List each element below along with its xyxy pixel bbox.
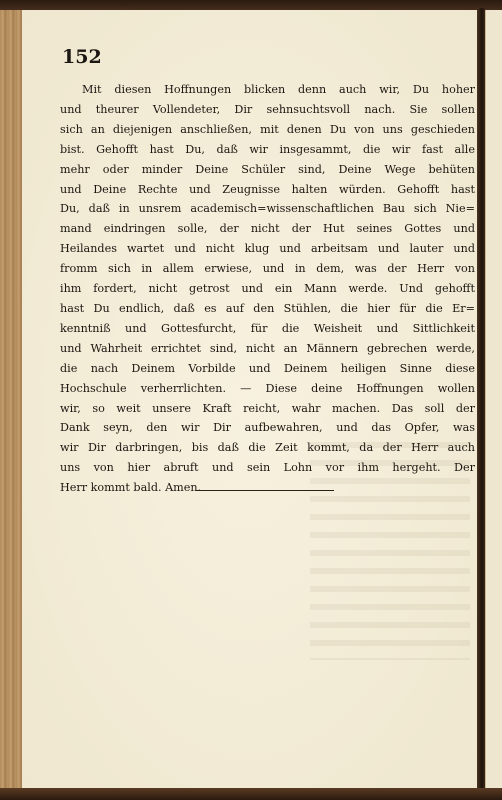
text-line: mand eindringen solle, der nicht der Hut… — [60, 219, 475, 239]
text-line: und theurer Vollendeter, Dir sehnsuchtsv… — [60, 100, 475, 120]
text-line: Mit diesen Hoffnungen blicken denn auch … — [60, 80, 475, 100]
text-line: wir Dir darbringen, bis daß die Zeit kom… — [60, 438, 475, 458]
text-line: hast Du endlich, daß es auf den Stühlen,… — [60, 299, 475, 319]
text-line: kenntniß und Gottesfurcht, für die Weish… — [60, 319, 475, 339]
text-line: Hochschule verherrlichten. — Diese deine… — [60, 379, 475, 399]
text-line: fromm sich in allem erwiese, und in dem,… — [60, 259, 475, 279]
text-line: bist. Gehofft hast Du, daß wir insgesamm… — [60, 140, 475, 160]
text-line: und Wahrheit errichtet sind, nicht an Mä… — [60, 339, 475, 359]
facing-page-edge — [485, 10, 502, 790]
section-divider-rule — [196, 490, 334, 491]
text-line: und Deine Rechte und Zeugnisse halten wü… — [60, 180, 475, 200]
text-line: ihm fordert, nicht getrost und ein Mann … — [60, 279, 475, 299]
text-line: mehr oder minder Deine Schüler sind, Dei… — [60, 160, 475, 180]
book-bottom-edge — [0, 788, 502, 800]
text-line: Du, daß in unsrem academisch=wissenschaf… — [60, 199, 475, 219]
book-page-edges — [0, 10, 23, 790]
page-number: 152 — [62, 46, 102, 68]
text-line: wir, so weit unsere Kraft reicht, wahr m… — [60, 399, 475, 419]
text-line: die nach Deinem Vorbilde und Deinem heil… — [60, 359, 475, 379]
book-gutter — [477, 8, 485, 792]
text-line: Heilandes wartet und nicht klug und arbe… — [60, 239, 475, 259]
text-line: Herr kommt bald. Amen. — [60, 478, 475, 498]
text-line: sich an diejenigen anschließen, mit dene… — [60, 120, 475, 140]
text-line: uns von hier abruft und sein Lohn vor ih… — [60, 458, 475, 478]
text-line: Dank seyn, den wir Dir aufbewahren, und … — [60, 418, 475, 438]
body-text: Mit diesen Hoffnungen blicken denn auch … — [60, 80, 475, 498]
